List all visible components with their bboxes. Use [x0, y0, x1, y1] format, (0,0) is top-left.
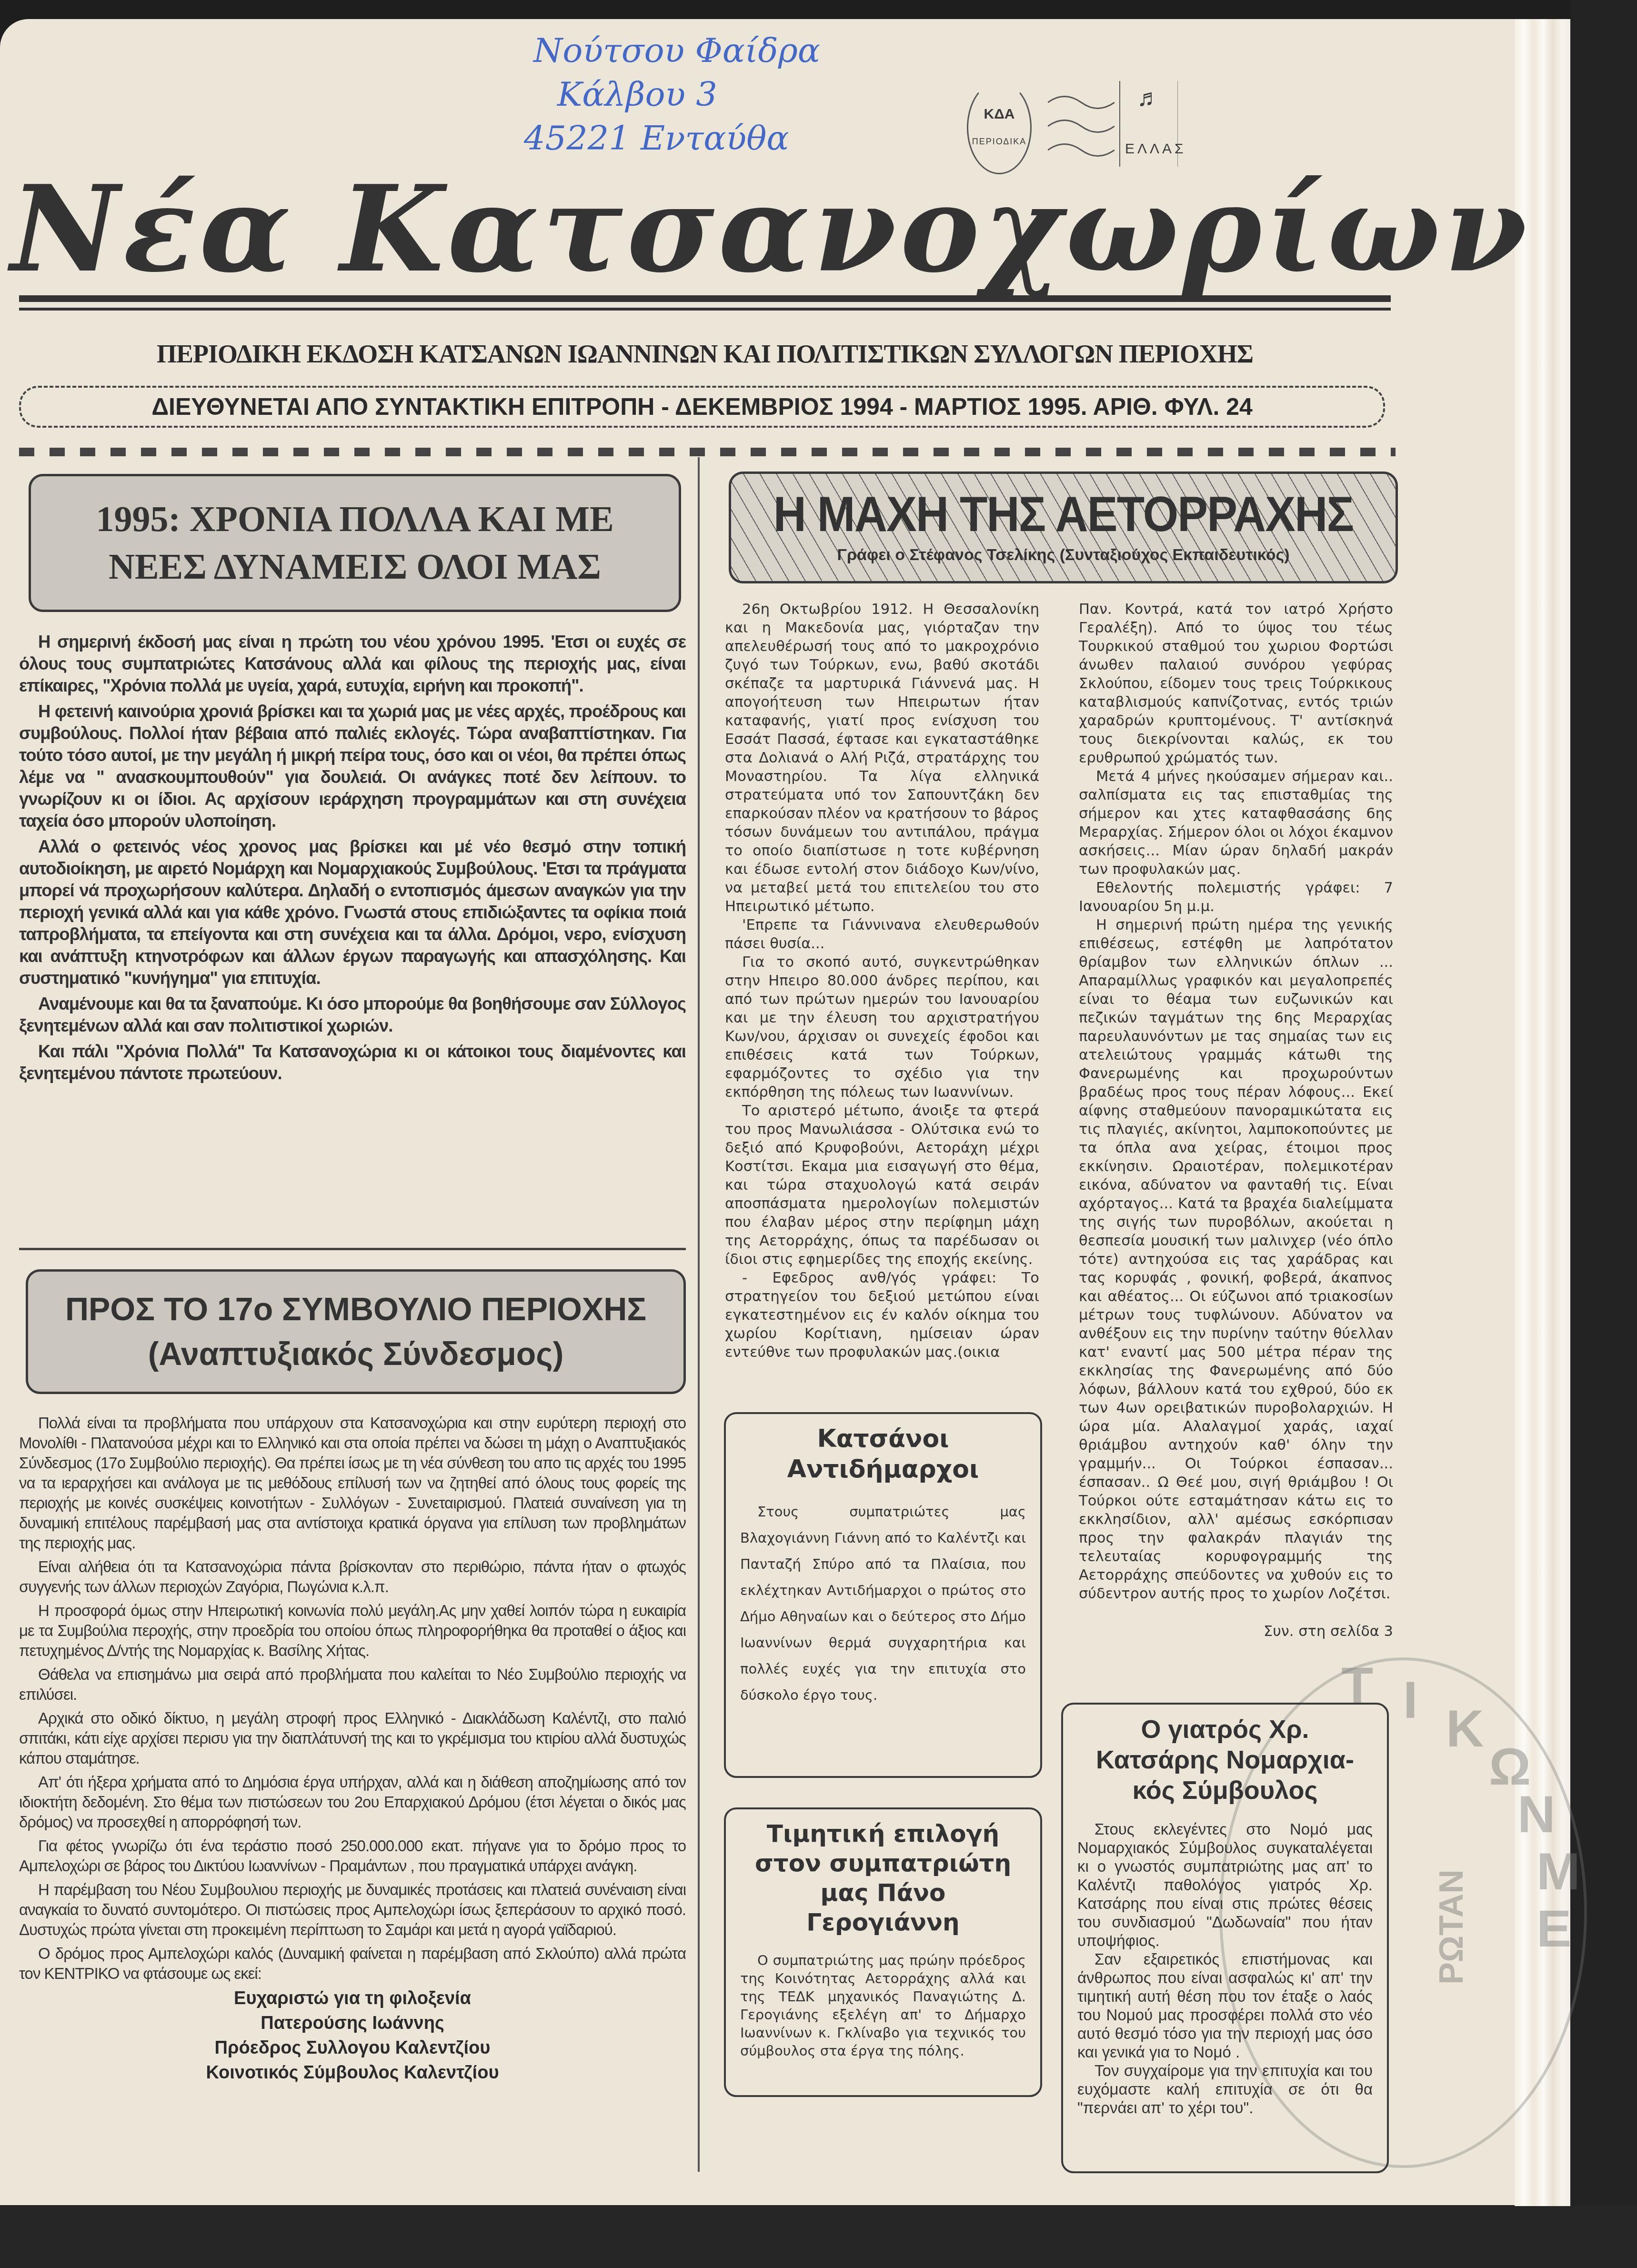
- paragraph: Τον συγχαίρομε για την επιτυχία και του …: [1077, 2061, 1373, 2117]
- paragraph: Και πάλι "Χρόνια Πολλά" Τα Κατσανοχώρια …: [19, 1041, 686, 1084]
- box-body: Στους εκλεγέντες στο Νομό μας Νομαρχιακό…: [1077, 1820, 1373, 2117]
- paragraph: 'Επρεπε τα Γιάννινανα ελευθερωθούν πάσει…: [725, 916, 1039, 953]
- paragraph: Ο συμπατριώτης μας πρώην πρόεδρος της Κο…: [740, 1951, 1026, 2060]
- headline-line: Ο γιατρός Χρ.: [1077, 1714, 1373, 1745]
- headline-line: Κατσάρης Νομαρχια-: [1077, 1745, 1373, 1775]
- signature-line: Πρόεδρος Συλλογου Καλεντζίου: [19, 2037, 686, 2059]
- box-headline: Κατσάνοι Αντιδήμαρχοι: [740, 1424, 1026, 1485]
- wavy-cancel-lines-icon: [1048, 90, 1115, 162]
- headline-line: Κατσάνοι: [740, 1424, 1026, 1454]
- paragraph: Για φέτος γνωρίζω ότι ένα τεράστιο ποσό …: [19, 1836, 686, 1876]
- signature-line: Πατερούσης Ιωάννης: [19, 2012, 686, 2034]
- signature-line: Κοινοτικός Σύμβουλος Καλεντζίου: [19, 2062, 686, 2084]
- article-body: Η σημερινή έκδοσή μας είναι η πρώτη του …: [19, 631, 686, 1084]
- headline-line: ΝΕΕΣ ΔΥΝΑΜΕΙΣ ΟΛΟΙ ΜΑΣ: [40, 543, 669, 591]
- battle-headline: Η ΜΑΧΗ ΤΗΣ ΑΕΤΟΡΡΑΧΗΣ: [758, 483, 1369, 545]
- battle-headline-box: Η ΜΑΧΗ ΤΗΣ ΑΕΤΟΡΡΑΧΗΣ Γράφει ο Στέφανος …: [729, 472, 1398, 583]
- address-line: Κάλβου 3: [557, 72, 820, 116]
- paragraph: Στους εκλεγέντες στο Νομό μας Νομαρχιακό…: [1077, 1820, 1373, 1950]
- postmark-ring-text: ΠΕΡΙΟΔΙΚΑ: [968, 137, 1030, 147]
- paragraph: Μετά 4 μήνες ηκούσαμεν σήμεραν και.. σαλ…: [1079, 767, 1393, 879]
- column-divider: [698, 457, 700, 2172]
- masthead-rule: [19, 295, 1391, 302]
- section-rule: [19, 1248, 686, 1250]
- address-line: 45221 Ενταύθα: [524, 116, 820, 160]
- headline-line: μας Πάνο: [740, 1878, 1026, 1907]
- paragraph: Παν. Κοντρά, κατά τον ιατρό Χρήστο Γεραλ…: [1079, 600, 1393, 767]
- paragraph: Το αριστερό μέτωπο, άνοιξε τα φτερά του …: [725, 1102, 1039, 1269]
- paragraph: Η φετεινή καινούρια χρονιά βρίσκει και τ…: [19, 701, 686, 832]
- box-honorary-selection: Τιμητική επιλογή στον συμπατριώτη μας Πά…: [724, 1807, 1042, 2097]
- headline-box: 1995: ΧΡΟΝΙΑ ΠΟΛΛΑ ΚΑΙ ΜΕ ΝΕΕΣ ΔΥΝΑΜΕΙΣ …: [29, 474, 681, 612]
- box-deputy-mayors: Κατσάνοι Αντιδήμαρχοι Στους συμπατριώτες…: [724, 1412, 1042, 1778]
- box-body: Ο συμπατριώτης μας πρώην πρόεδρος της Κο…: [740, 1951, 1026, 2060]
- article-council: ΠΡΟΣ ΤΟ 17ο ΣΥΜΒΟΥΛΙΟ ΠΕΡΙΟΧΗΣ (Αναπτυξι…: [19, 1248, 686, 2084]
- battle-byline: Γράφει ο Στέφανος Τσελίκης (Συνταξιούχος…: [731, 545, 1396, 564]
- paragraph: Απ' ότι ήξερα χρήματα από το Δημόσια έργ…: [19, 1772, 686, 1832]
- paragraph: 26η Οκτωβρίου 1912. Η Θεσσαλονίκη και η …: [725, 600, 1039, 916]
- watermark-letter: Ε: [1537, 1898, 1571, 1959]
- signature-block: Ευχαριστώ για τη φιλοξενία Πατερούσης Ιω…: [19, 1987, 686, 2084]
- battle-column-1: 26η Οκτωβρίου 1912. Η Θεσσαλονίκη και η …: [725, 600, 1039, 1362]
- article-new-year: 1995: ΧΡΟΝΙΑ ΠΟΛΛΑ ΚΑΙ ΜΕ ΝΕΕΣ ΔΥΝΑΜΕΙΣ …: [19, 474, 686, 1088]
- post-horn-icon: ♬: [1120, 84, 1177, 111]
- headline-line: κός Σύμβουλος: [1077, 1775, 1373, 1806]
- watermark-letter: Ι: [1403, 1670, 1418, 1730]
- dashed-divider: [19, 448, 1396, 456]
- box-headline: Τιμητική επιλογή στον συμπατριώτη μας Πά…: [740, 1819, 1026, 1937]
- box-body: Στους συμπατριώτες μας Βλαχογιάννη Γιάνν…: [740, 1499, 1026, 1708]
- headline-line: ΠΡΟΣ ΤΟ 17ο ΣΥΜΒΟΥΛΙΟ ΠΕΡΙΟΧΗΣ: [33, 1287, 679, 1332]
- paragraph: Αρχικά στο οδικό δίκτυο, η μεγάλη στροφή…: [19, 1708, 686, 1768]
- newspaper-title: Νέα Κατσανοχωρίων: [10, 167, 1531, 291]
- paragraph: Είναι αλήθεια ότι τα Κατσανοχώρια πάντα …: [19, 1557, 686, 1597]
- paragraph: Πολλά είναι τα προβλήματα που υπάρχουν σ…: [19, 1413, 686, 1553]
- paragraph: Σαν εξαιρετικός επιστήμονας και άνθρωπος…: [1077, 1950, 1373, 2061]
- paragraph: Αλλά ο φετεινός νέος χρονος μας βρίσκει …: [19, 836, 686, 989]
- address-line: Νούτσου Φαίδρα: [533, 29, 820, 72]
- paragraph: Ο δρόμος προς Αμπελοχώρι καλός (Δυναμική…: [19, 1944, 686, 1984]
- box-headline: Ο γιατρός Χρ. Κατσάρης Νομαρχια- κός Σύμ…: [1077, 1714, 1373, 1806]
- article-body: Πολλά είναι τα προβλήματα που υπάρχουν σ…: [19, 1413, 686, 1984]
- watermark-letter: Μ: [1537, 1841, 1580, 1902]
- signature-line: Ευχαριστώ για τη φιλοξενία: [19, 1987, 686, 2009]
- paragraph: Η σημερινή έκδοσή μας είναι η πρώτη του …: [19, 631, 686, 697]
- headline-line: Τιμητική επιλογή: [740, 1819, 1026, 1848]
- headline-line: 1995: ΧΡΟΝΙΑ ΠΟΛΛΑ ΚΑΙ ΜΕ: [40, 495, 669, 543]
- paragraph: Αναμένουμε και θα τα ξαναπούμε. Κι όσο μ…: [19, 993, 686, 1037]
- headline-line: Αντιδήμαρχοι: [740, 1454, 1026, 1485]
- binder-cover-bottom: [0, 2206, 1637, 2268]
- headline-line: Γερογιάννη: [740, 1907, 1026, 1937]
- issue-dateline: ΔΙΕΥΘΥΝΕΤΑΙ ΑΠΟ ΣΥΝΤΑΚΤΙΚΗ ΕΠΙΤΡΟΠΗ - ΔΕ…: [19, 386, 1385, 428]
- paragraph: Η σημερινή πρώτη ημέρα της γενικής επιθέ…: [1079, 916, 1393, 1603]
- watermark-inner-text: ΡΩΤΑΝ: [1432, 1869, 1470, 1984]
- watermark-letter: Ν: [1517, 1784, 1555, 1845]
- newspaper-subtitle: ΠΕΡΙΟΔΙΚΗ ΕΚΔΟΣΗ ΚΑΤΣΑΝΩΝ ΙΩΑΝΝΙΝΩΝ ΚΑΙ …: [19, 339, 1391, 369]
- headline-line: (Αναπτυξιακός Σύνδεσμος): [33, 1332, 679, 1376]
- country-label: ΕΛΛΑΣ: [1125, 141, 1186, 157]
- paragraph: Στους συμπατριώτες μας Βλαχογιάννη Γιάνν…: [740, 1499, 1026, 1708]
- paragraph: Η προσφορά όμως στην Ηπειρωτική κοινωνία…: [19, 1601, 686, 1661]
- headline-box: ΠΡΟΣ ΤΟ 17ο ΣΥΜΒΟΥΛΙΟ ΠΕΡΙΟΧΗΣ (Αναπτυξι…: [26, 1269, 686, 1394]
- watermark-letter: Κ: [1446, 1698, 1484, 1759]
- battle-column-2: Παν. Κοντρά, κατά τον ιατρό Χρήστο Γεραλ…: [1079, 600, 1393, 1641]
- handwritten-address: Νούτσου Φαίδρα Κάλβου 3 45221 Ενταύθα: [533, 29, 820, 160]
- headline-line: στον συμπατριώτη: [740, 1848, 1026, 1878]
- paragraph: Η παρέμβαση του Νέου Συμβουλιου περιοχής…: [19, 1880, 686, 1940]
- box-doctor-councillor: Ο γιατρός Χρ. Κατσάρης Νομαρχια- κός Σύμ…: [1061, 1703, 1389, 2173]
- paragraph: Για το σκοπό αυτό, συγκεντρώθηκαν στην Η…: [725, 953, 1039, 1102]
- elta-postage-box: ♬ ΕΛΛΑΣ: [1119, 81, 1178, 167]
- paragraph: Εθελοντής πολεμιστής γράφει: 7 Ιανουαρίο…: [1079, 879, 1393, 916]
- masthead-rule-thin: [19, 308, 1391, 311]
- continued-note: Συν. στη σελίδα 3: [1079, 1622, 1393, 1641]
- postmark-code: ΚΔΑ: [968, 106, 1030, 122]
- paragraph: - Εφεδρος ανθ/γός γράφει: Το στρατηγείον…: [725, 1269, 1039, 1362]
- paragraph: Θάθελα να επισημάνω μια σειρά από προβλή…: [19, 1665, 686, 1705]
